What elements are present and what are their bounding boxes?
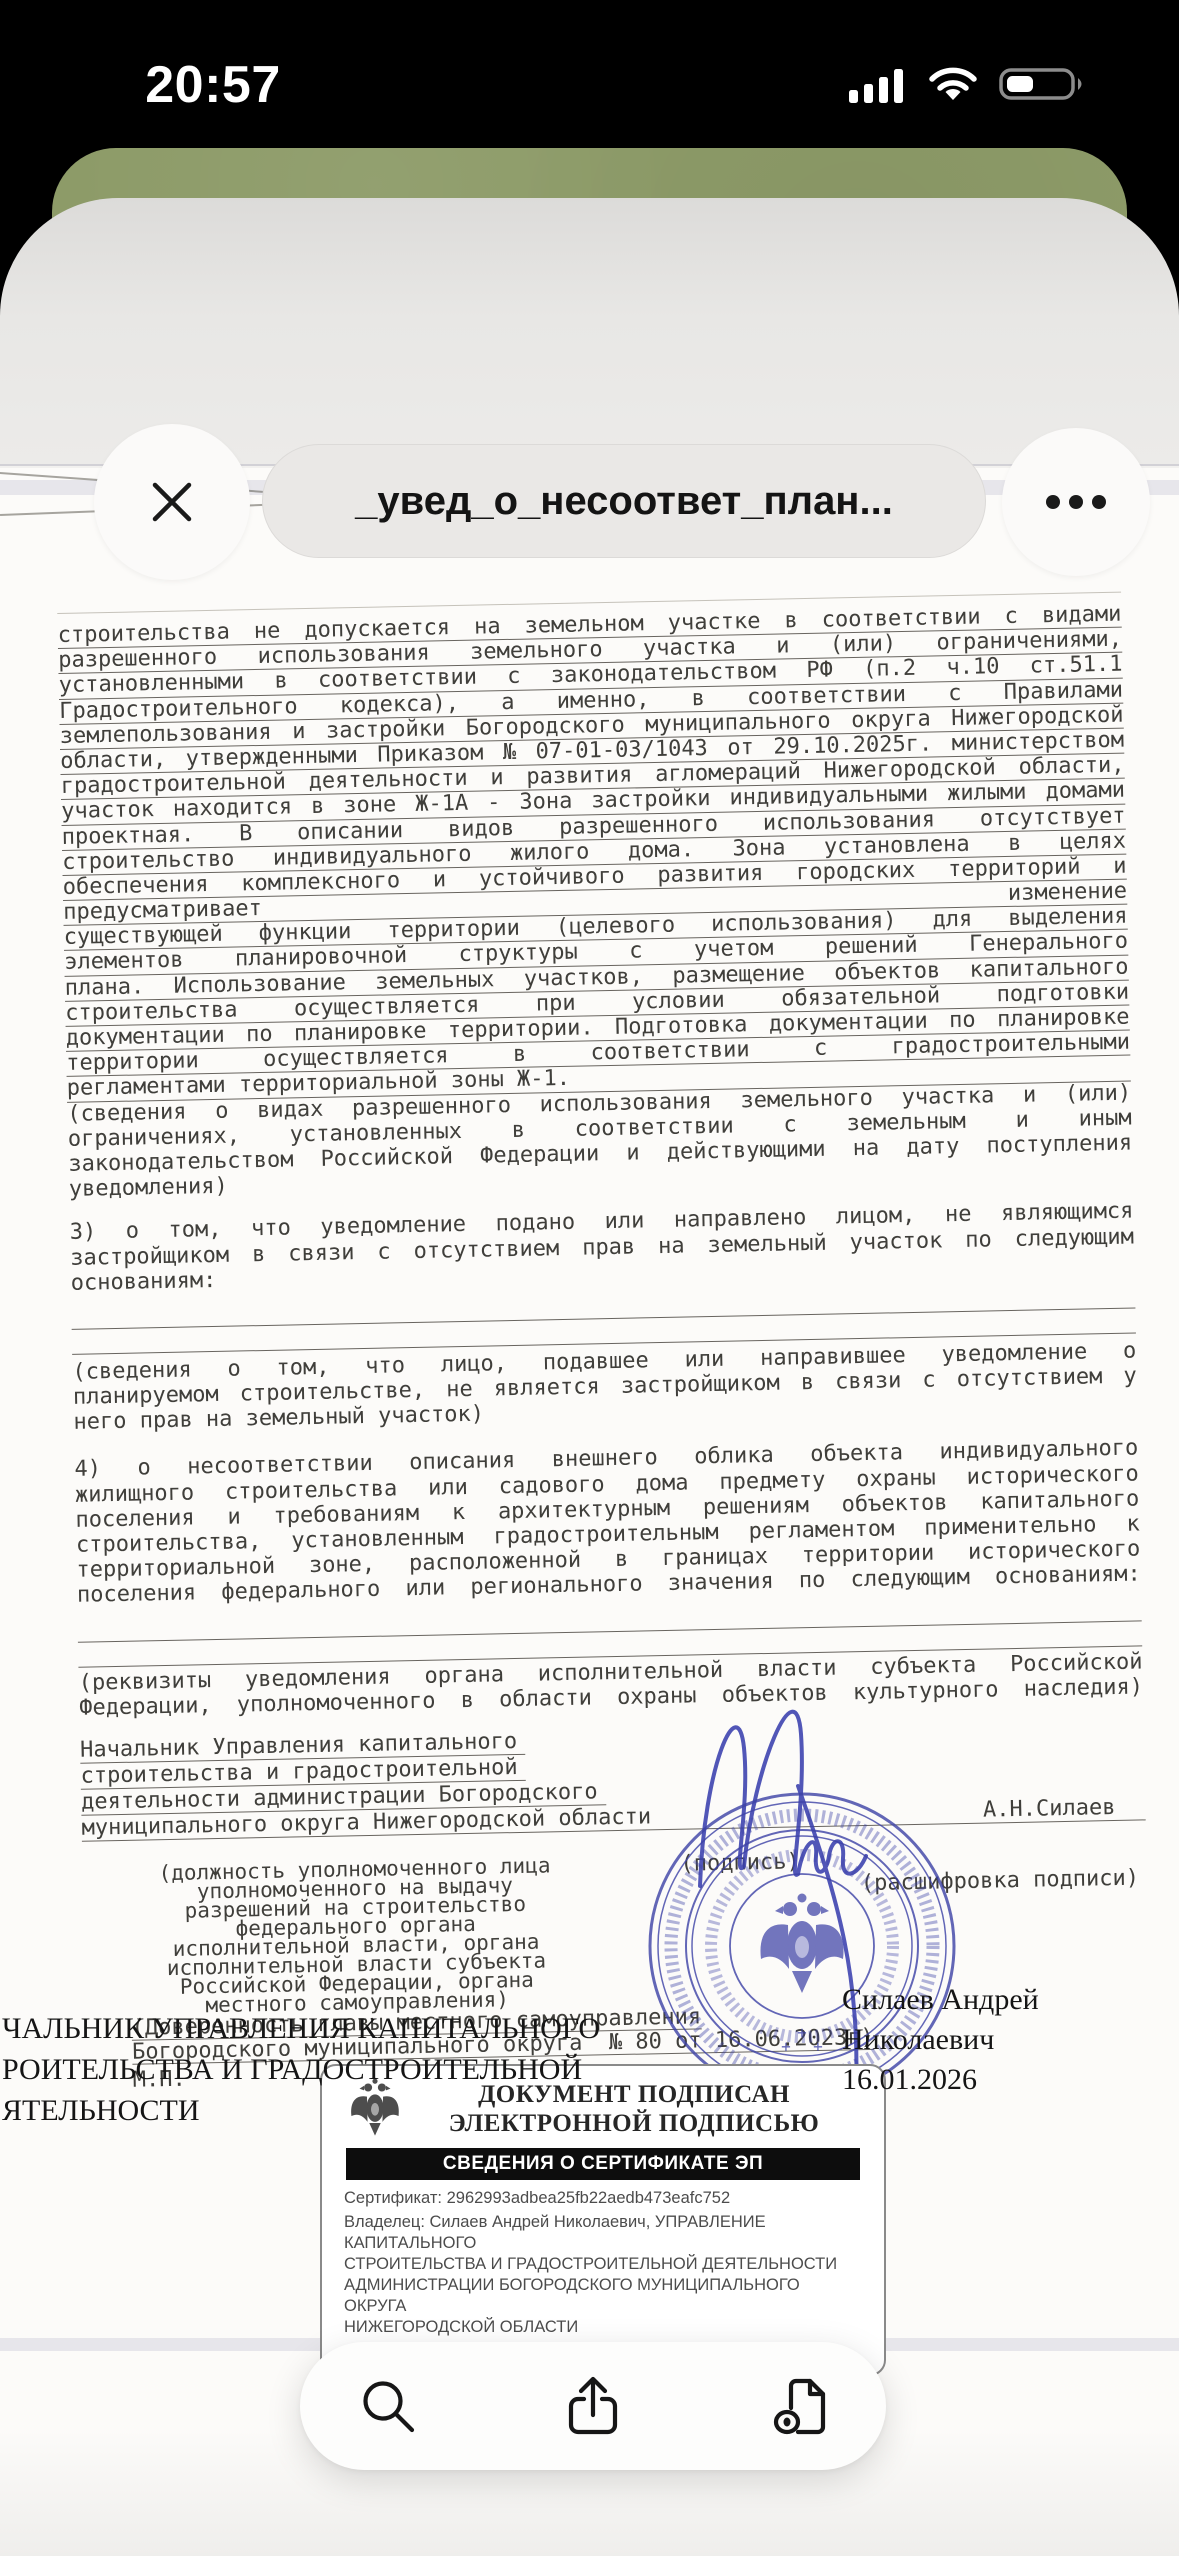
svg-text:+: + xyxy=(781,2037,791,2056)
esign-owner-line: АДМИНИСТРАЦИИ БОГОРОДСКОГО МУНИЦИПАЛЬНОГ… xyxy=(344,2275,862,2317)
search-icon xyxy=(355,2373,421,2439)
wifi-icon xyxy=(927,64,979,104)
document-title: _увед_о_несоответ_план... xyxy=(355,479,893,524)
esign-cert-number: Сертификат: 2962993adbea25fb22aedb473eaf… xyxy=(344,2188,862,2209)
doc-lines-host: строительстванедопускаетсяназемельномуча… xyxy=(57,579,1144,1738)
share-icon xyxy=(560,2373,626,2439)
svg-text:+: + xyxy=(797,2023,807,2042)
ocr-signer-name: Силаев Андрей Николаевич xyxy=(842,1980,1179,2060)
ocr-sign-date: 16.01.2026 xyxy=(842,2060,1179,2100)
more-button[interactable] xyxy=(1002,428,1150,576)
esign-owner-line: НИЖЕГОРОДСКОЙ ОБЛАСТИ xyxy=(344,2317,862,2338)
ocr-overlay-right: Силаев Андрей Николаевич 16.01.2026 xyxy=(842,1980,1179,2100)
esign-owner-line: СТРОИТЕЛЬСТВА И ГРАДОСТРОИТЕЛЬНОЙ ДЕЯТЕЛ… xyxy=(344,2254,862,2275)
svg-text:+: + xyxy=(813,2037,823,2056)
esign-cert-bar: СВЕДЕНИЯ О СЕРТИФИКАТЕ ЭП xyxy=(346,2148,860,2180)
search-button[interactable] xyxy=(352,2370,424,2442)
bottom-toolbar xyxy=(300,2342,886,2470)
close-icon xyxy=(143,473,201,531)
share-button[interactable] xyxy=(557,2370,629,2442)
close-button[interactable] xyxy=(94,424,250,580)
more-icon xyxy=(1046,495,1106,509)
viewer-header: _увед_о_несоответ_план... xyxy=(0,198,1179,466)
cellular-signal-icon xyxy=(849,64,907,104)
document-text: строительстванедопускаетсяназемельномуча… xyxy=(57,579,1151,2094)
battery-icon xyxy=(999,64,1087,104)
document-preview-icon xyxy=(765,2373,831,2439)
document-preview-button[interactable] xyxy=(762,2370,834,2442)
ocr-overlay-left: ЧАЛЬНИК УПРАВЛЕНИЯ КАПИТАЛЬНОГО РОИТЕЛЬС… xyxy=(2,2008,600,2131)
signer-name: А.Н.Силаев xyxy=(983,1794,1146,1822)
document-title-pill[interactable]: _увед_о_несоответ_план... xyxy=(262,444,986,558)
status-time: 20:57 xyxy=(128,52,298,118)
screen: 20:57 xyxy=(0,0,1179,2556)
esign-owner-line: Владелец: Силаев Андрей Николаевич, УПРА… xyxy=(344,2212,862,2254)
